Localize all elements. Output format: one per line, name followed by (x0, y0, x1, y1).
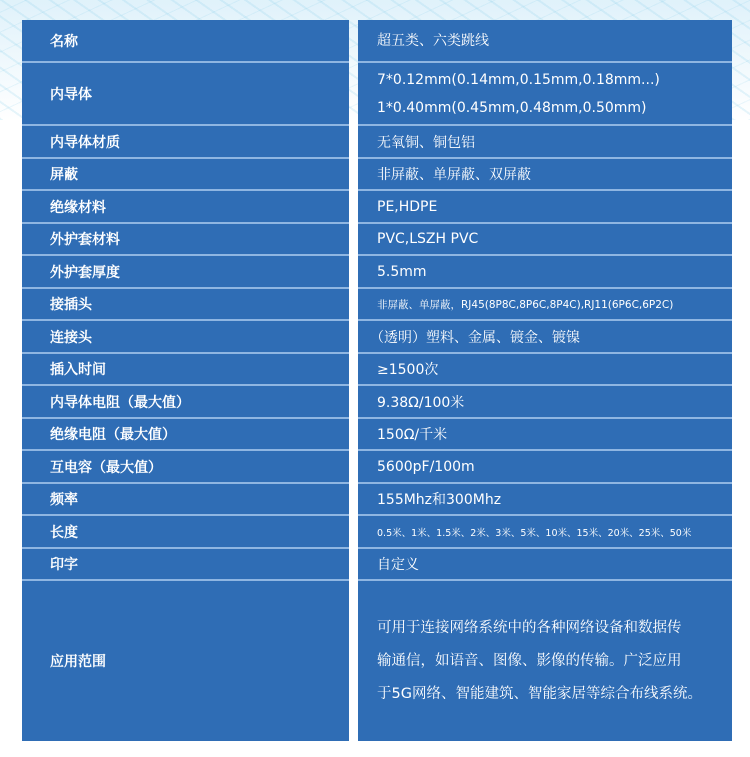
row-value: 自定义 (358, 549, 732, 581)
value-line: 0.5米、1米、1.5米、2米、3米、5米、10米、15米、20米、25米、50… (377, 525, 732, 539)
row-key: 长度 (22, 516, 349, 549)
value-line: 155Mhz和300Mhz (377, 489, 732, 509)
value-line: 1*0.40mm(0.45mm,0.48mm,0.50mm) (377, 94, 732, 122)
row-value: ≥1500次 (358, 354, 732, 386)
table-row-shielding: 屏蔽 非屏蔽、单屏蔽、双屏蔽 (22, 159, 732, 191)
row-key: 内导体电阻（最大值） (22, 386, 349, 419)
row-value: PE,HDPE (358, 191, 732, 224)
value-line: （透明）塑料、金属、镀金、镀镍 (370, 327, 732, 347)
table-row-mutual-capacitance: 互电容（最大值） 5600pF/100m (22, 451, 732, 484)
table-row-printing: 印字 自定义 (22, 549, 732, 581)
row-key: 频率 (22, 484, 349, 516)
table-row-insertion: 插入时间 ≥1500次 (22, 354, 732, 386)
table-row-name: 名称 超五类、六类跳线 (22, 20, 732, 63)
table-row-jacket-material: 外护套材料 PVC,LSZH PVC (22, 224, 732, 256)
row-value: 非屏蔽、单屏蔽、双屏蔽 (358, 159, 732, 191)
row-value: 5.5mm (358, 256, 732, 289)
row-value: 155Mhz和300Mhz (358, 484, 732, 516)
value-line: 输通信，如语音、图像、影像的传输。广泛应用 (377, 645, 720, 678)
row-value: 可用于连接网络系统中的各种网络设备和数据传 输通信，如语音、图像、影像的传输。广… (358, 581, 732, 741)
row-key: 外护套厚度 (22, 256, 349, 289)
table-row-length: 长度 0.5米、1米、1.5米、2米、3米、5米、10米、15米、20米、25米… (22, 516, 732, 549)
row-value: PVC,LSZH PVC (358, 224, 732, 256)
table-row-plug: 接插头 非屏蔽、单屏蔽，RJ45(8P8C,8P6C,8P4C),RJ11(6P… (22, 289, 732, 321)
table-row-inner-conductor: 内导体 7*0.12mm(0.14mm,0.15mm,0.18mm...) 1*… (22, 63, 732, 126)
row-key: 连接头 (22, 321, 349, 354)
row-key: 屏蔽 (22, 159, 349, 191)
value-line: ≥1500次 (377, 359, 732, 379)
spec-table: 名称 超五类、六类跳线 内导体 7*0.12mm(0.14mm,0.15mm,0… (22, 20, 732, 741)
value-line: 非屏蔽、单屏蔽，RJ45(8P8C,8P6C,8P4C),RJ11(6P6C,6… (377, 297, 732, 312)
value-line: PE,HDPE (377, 199, 732, 215)
value-line: 9.38Ω/100米 (377, 392, 732, 412)
row-key: 内导体材质 (22, 126, 349, 159)
row-value: 7*0.12mm(0.14mm,0.15mm,0.18mm...) 1*0.40… (358, 63, 732, 126)
row-value: 非屏蔽、单屏蔽，RJ45(8P8C,8P6C,8P4C),RJ11(6P6C,6… (358, 289, 732, 321)
value-line: 无氧铜、铜包铝 (377, 132, 732, 152)
table-row-frequency: 频率 155Mhz和300Mhz (22, 484, 732, 516)
row-value: 无氧铜、铜包铝 (358, 126, 732, 159)
row-value: 0.5米、1米、1.5米、2米、3米、5米、10米、15米、20米、25米、50… (358, 516, 732, 549)
table-row-conductor-material: 内导体材质 无氧铜、铜包铝 (22, 126, 732, 159)
row-key: 应用范围 (22, 581, 349, 741)
row-value: 150Ω/千米 (358, 419, 732, 451)
table-row-jacket-thickness: 外护套厚度 5.5mm (22, 256, 732, 289)
value-line: 可用于连接网络系统中的各种网络设备和数据传 (377, 612, 720, 645)
row-key: 印字 (22, 549, 349, 581)
row-value: 超五类、六类跳线 (358, 20, 732, 63)
row-key: 绝缘材料 (22, 191, 349, 224)
value-line: 150Ω/千米 (377, 424, 732, 444)
table-row-insulation-resistance: 绝缘电阻（最大值） 150Ω/千米 (22, 419, 732, 451)
value-line: 7*0.12mm(0.14mm,0.15mm,0.18mm...) (377, 66, 732, 94)
value-line: 于5G网络、智能建筑、智能家居等综合布线系统。 (377, 678, 720, 711)
row-key: 插入时间 (22, 354, 349, 386)
row-key: 外护套材料 (22, 224, 349, 256)
row-value: （透明）塑料、金属、镀金、镀镍 (358, 321, 732, 354)
value-line: 5600pF/100m (377, 459, 732, 475)
table-row-conductor-resistance: 内导体电阻（最大值） 9.38Ω/100米 (22, 386, 732, 419)
row-key: 内导体 (22, 63, 349, 126)
value-line: 5.5mm (377, 264, 732, 280)
row-key: 接插头 (22, 289, 349, 321)
table-row-connector: 连接头 （透明）塑料、金属、镀金、镀镍 (22, 321, 732, 354)
value-line: 非屏蔽、单屏蔽、双屏蔽 (377, 164, 732, 184)
table-row-application: 应用范围 可用于连接网络系统中的各种网络设备和数据传 输通信，如语音、图像、影像… (22, 581, 732, 741)
row-key: 互电容（最大值） (22, 451, 349, 484)
value-line: 超五类、六类跳线 (377, 27, 732, 55)
table-row-insulation: 绝缘材料 PE,HDPE (22, 191, 732, 224)
row-value: 9.38Ω/100米 (358, 386, 732, 419)
row-value: 5600pF/100m (358, 451, 732, 484)
value-line: 自定义 (377, 554, 732, 574)
value-line: PVC,LSZH PVC (377, 231, 732, 247)
row-key: 名称 (22, 20, 349, 63)
row-key: 绝缘电阻（最大值） (22, 419, 349, 451)
